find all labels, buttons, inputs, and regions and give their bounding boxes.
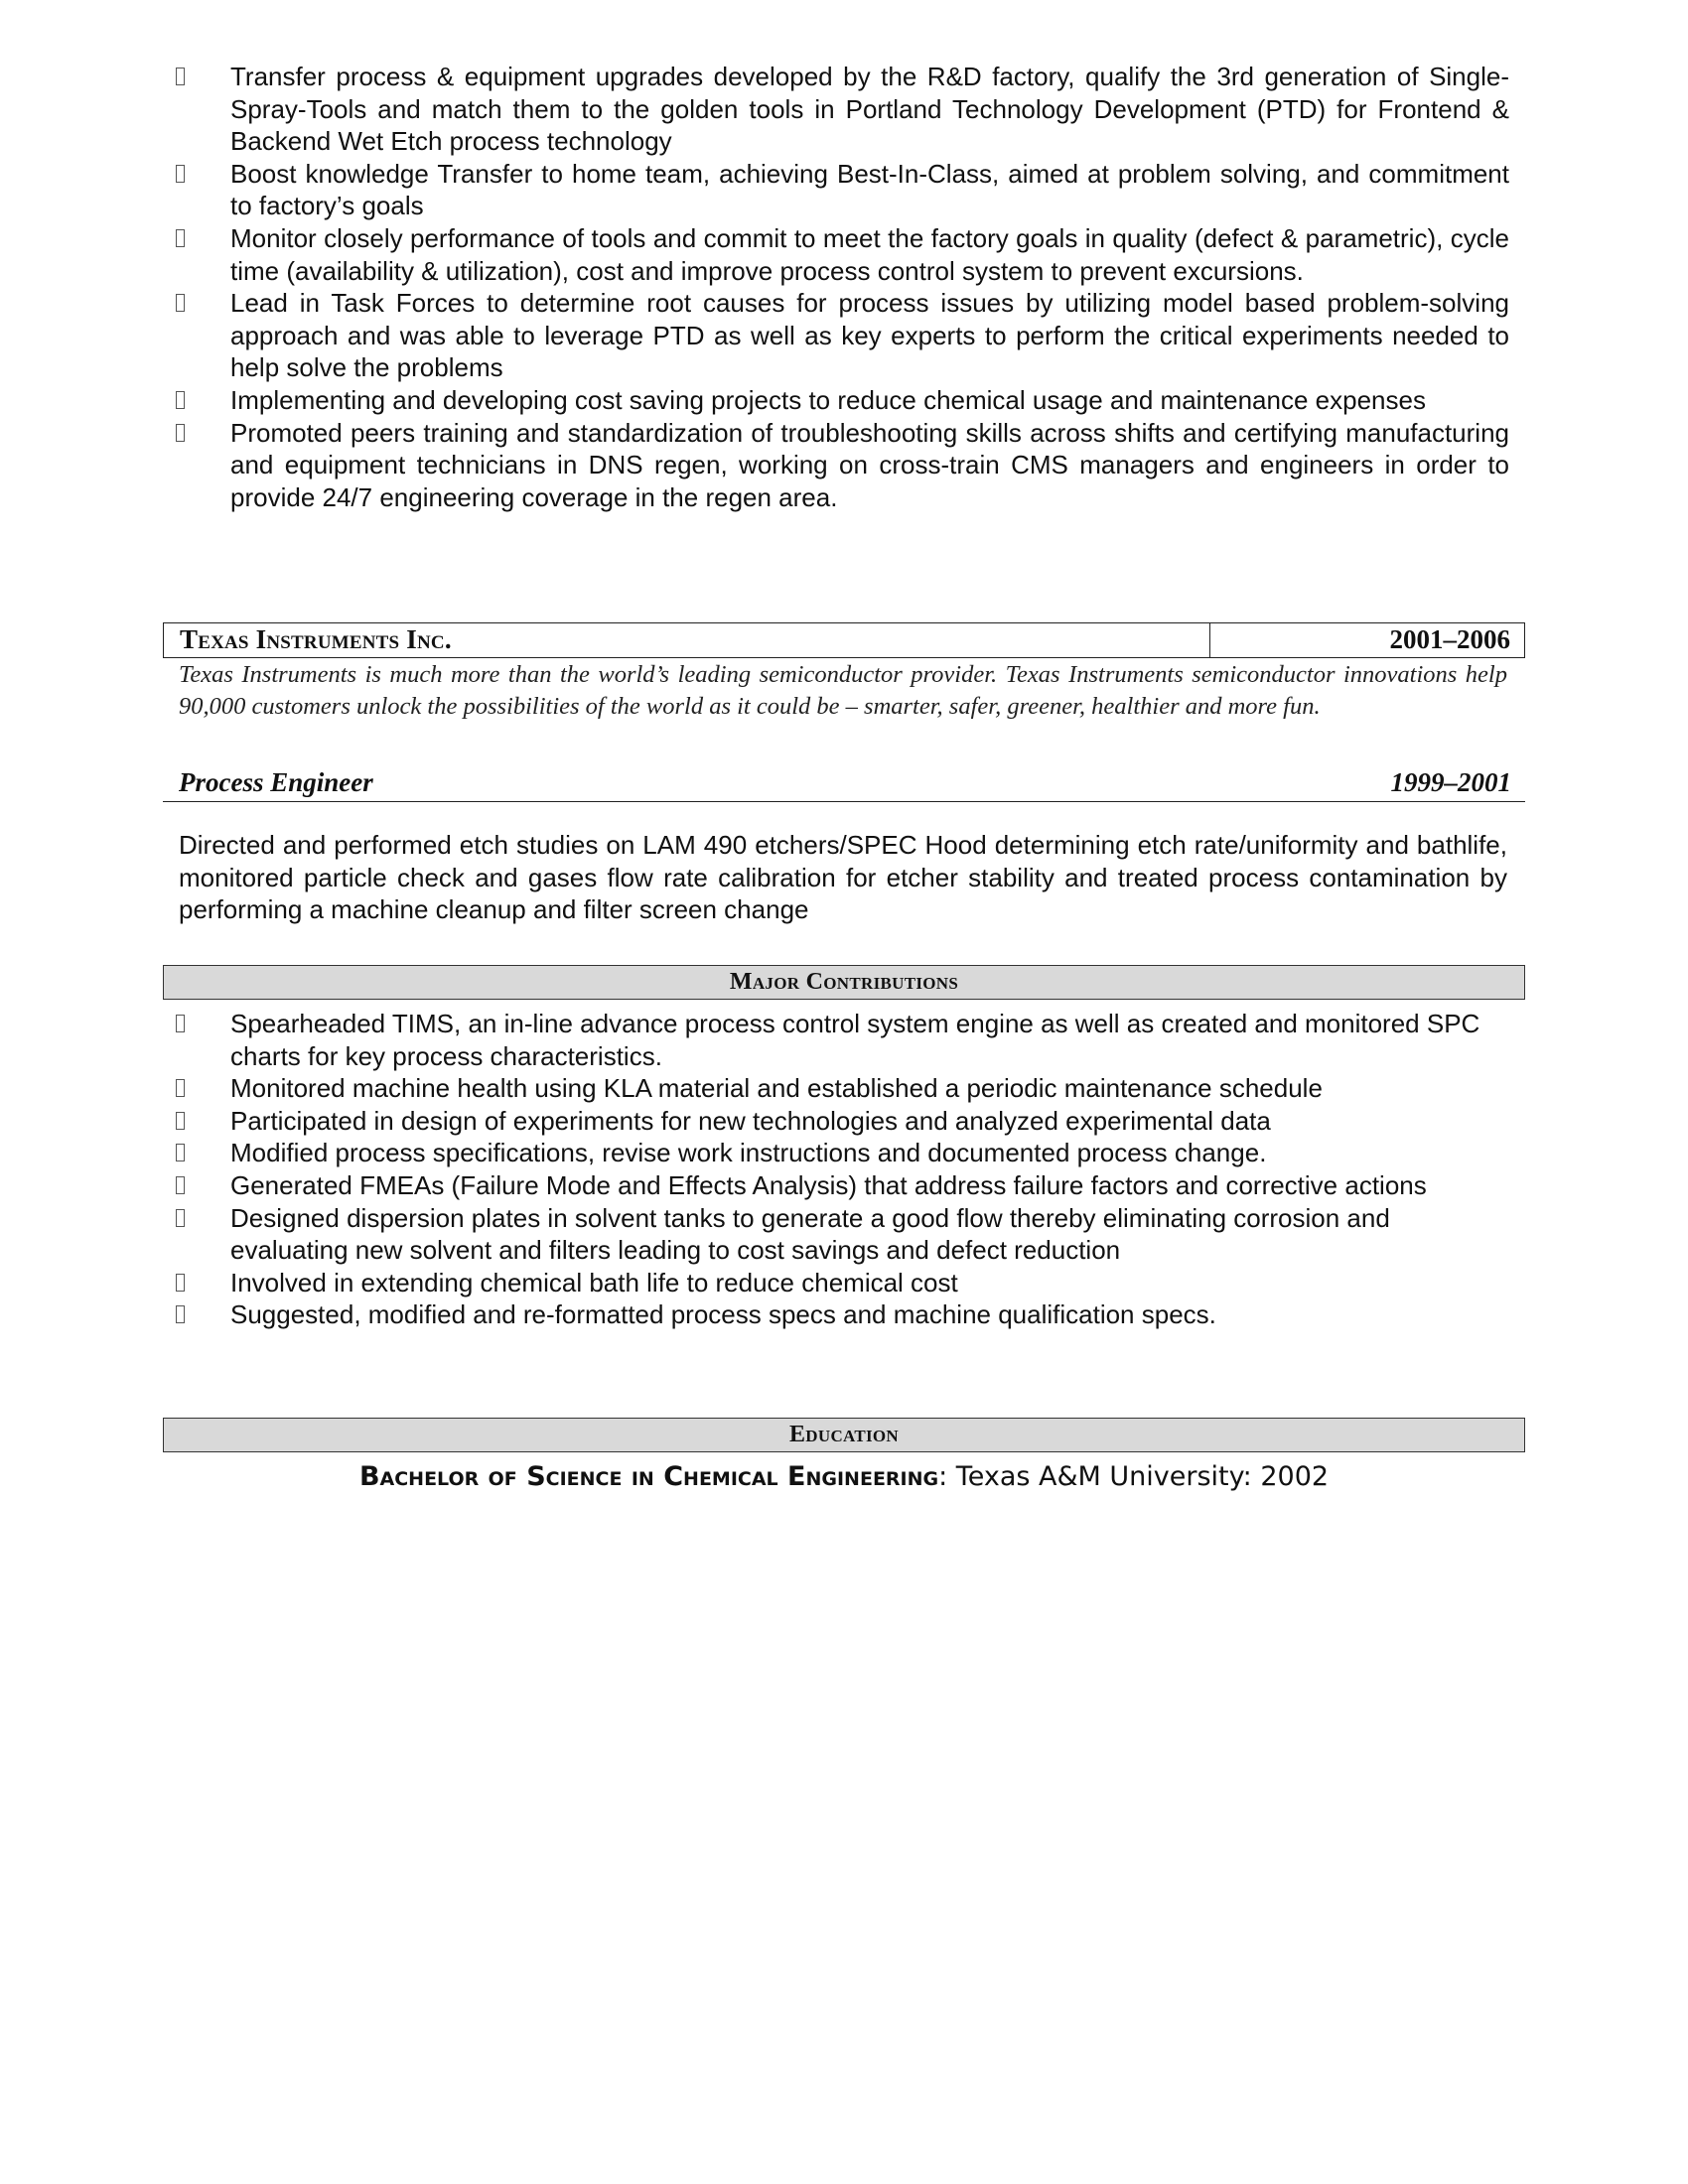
list-item: Monitored machine health using KLA mater…: [163, 1072, 1509, 1105]
list-item: Boost knowledge Transfer to home team, a…: [163, 158, 1509, 222]
education-entry: Bachelor of Science in Chemical Engineer…: [0, 1459, 1688, 1495]
missing-glyph-box-icon: [176, 1112, 185, 1130]
list-item: Generated FMEAs (Failure Mode and Effect…: [163, 1169, 1509, 1202]
missing-glyph-box-icon: [176, 294, 185, 312]
missing-glyph-box-icon: [176, 1079, 185, 1097]
list-item-text: Promoted peers training and standardizat…: [230, 418, 1509, 512]
list-item: Designed dispersion plates in solvent ta…: [163, 1202, 1509, 1267]
list-item: Modified process specifications, revise …: [163, 1137, 1509, 1169]
missing-glyph-box-icon: [176, 391, 185, 409]
role-title: Process Engineer: [179, 767, 373, 798]
list-item-text: Suggested, modified and re-formatted pro…: [230, 1299, 1216, 1329]
list-item-text: Boost knowledge Transfer to home team, a…: [230, 159, 1509, 221]
list-item-text: Involved in extending chemical bath life…: [230, 1268, 958, 1297]
list-item-text: Modified process specifications, revise …: [230, 1138, 1266, 1167]
missing-glyph-box-icon: [176, 68, 185, 85]
list-item-text: Generated FMEAs (Failure Mode and Effect…: [230, 1170, 1427, 1200]
list-item-text: Transfer process & equipment upgrades de…: [230, 62, 1509, 156]
list-item-text: Implementing and developing cost saving …: [230, 385, 1426, 415]
list-item: Monitor closely performance of tools and…: [163, 222, 1509, 287]
missing-glyph-box-icon: [176, 165, 185, 183]
list-item-text: Spearheaded TIMS, an in-line advance pro…: [230, 1009, 1479, 1071]
missing-glyph-box-icon: [176, 1305, 185, 1323]
missing-glyph-box-icon: [176, 1176, 185, 1194]
company-name: Texas Instruments Inc.: [164, 623, 1210, 657]
list-item: Transfer process & equipment upgrades de…: [163, 61, 1509, 158]
role-years: 1999–2001: [1391, 767, 1512, 798]
list-item: Lead in Task Forces to determine root ca…: [163, 287, 1509, 384]
contributions-bullet-list: Spearheaded TIMS, an in-line advance pro…: [163, 1008, 1509, 1331]
previous-role-bullet-list: Transfer process & equipment upgrades de…: [163, 61, 1509, 513]
list-item: Implementing and developing cost saving …: [163, 384, 1509, 417]
role-header: Process Engineer 1999–2001: [163, 764, 1525, 802]
missing-glyph-box-icon: [176, 424, 185, 442]
list-item: Involved in extending chemical bath life…: [163, 1267, 1509, 1299]
list-item: Spearheaded TIMS, an in-line advance pro…: [163, 1008, 1509, 1072]
list-item: Participated in design of experiments fo…: [163, 1105, 1509, 1138]
list-item-text: Monitor closely performance of tools and…: [230, 223, 1509, 286]
section-heading-major-contributions: Major Contributions: [163, 965, 1525, 1000]
company-description: Texas Instruments is much more than the …: [179, 659, 1507, 722]
list-item-text: Designed dispersion plates in solvent ta…: [230, 1203, 1390, 1266]
missing-glyph-box-icon: [176, 1209, 185, 1227]
list-item: Suggested, modified and re-formatted pro…: [163, 1298, 1509, 1331]
list-item: Promoted peers training and standardizat…: [163, 417, 1509, 514]
missing-glyph-box-icon: [176, 229, 185, 247]
list-item-text: Monitored machine health using KLA mater…: [230, 1073, 1323, 1103]
missing-glyph-box-icon: [176, 1015, 185, 1032]
degree-name: Bachelor of Science in Chemical Engineer…: [359, 1461, 938, 1492]
company-header: Texas Instruments Inc. 2001–2006: [163, 622, 1525, 658]
list-item-text: Participated in design of experiments fo…: [230, 1106, 1271, 1136]
missing-glyph-box-icon: [176, 1144, 185, 1161]
company-years: 2001–2006: [1210, 623, 1524, 657]
list-item-text: Lead in Task Forces to determine root ca…: [230, 288, 1509, 382]
missing-glyph-box-icon: [176, 1274, 185, 1292]
role-summary: Directed and performed etch studies on L…: [179, 829, 1507, 926]
section-heading-education: Education: [163, 1418, 1525, 1452]
degree-detail: : Texas A&M University: 2002: [938, 1461, 1329, 1492]
